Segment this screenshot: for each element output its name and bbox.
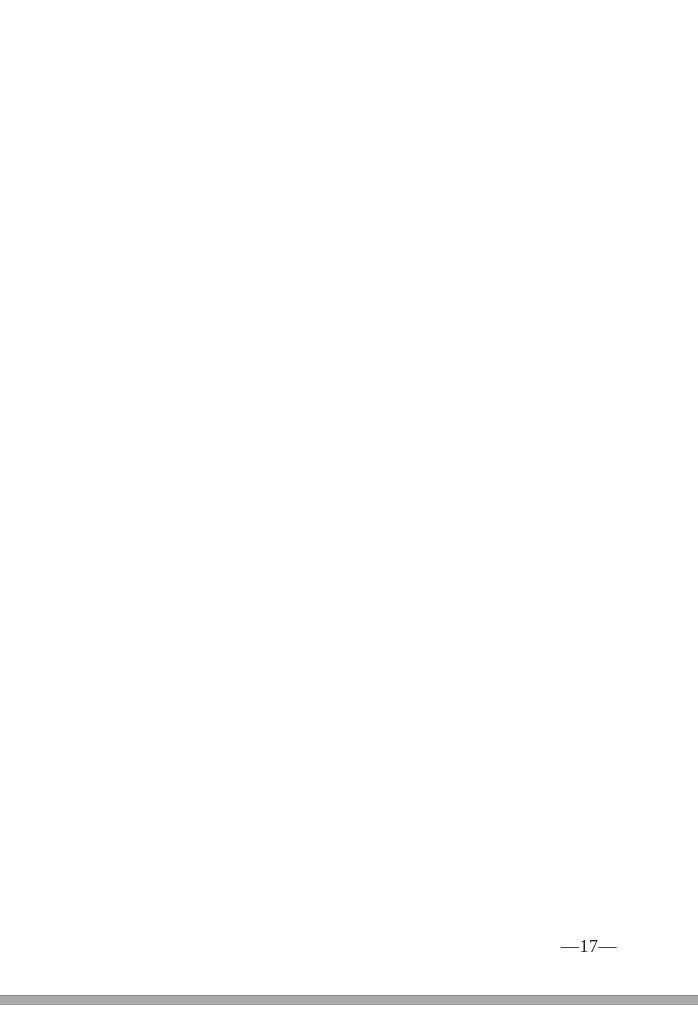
page-number: —17—	[554, 936, 624, 957]
document-page: —17—	[0, 0, 698, 1024]
page-edge-bar	[0, 995, 698, 1005]
